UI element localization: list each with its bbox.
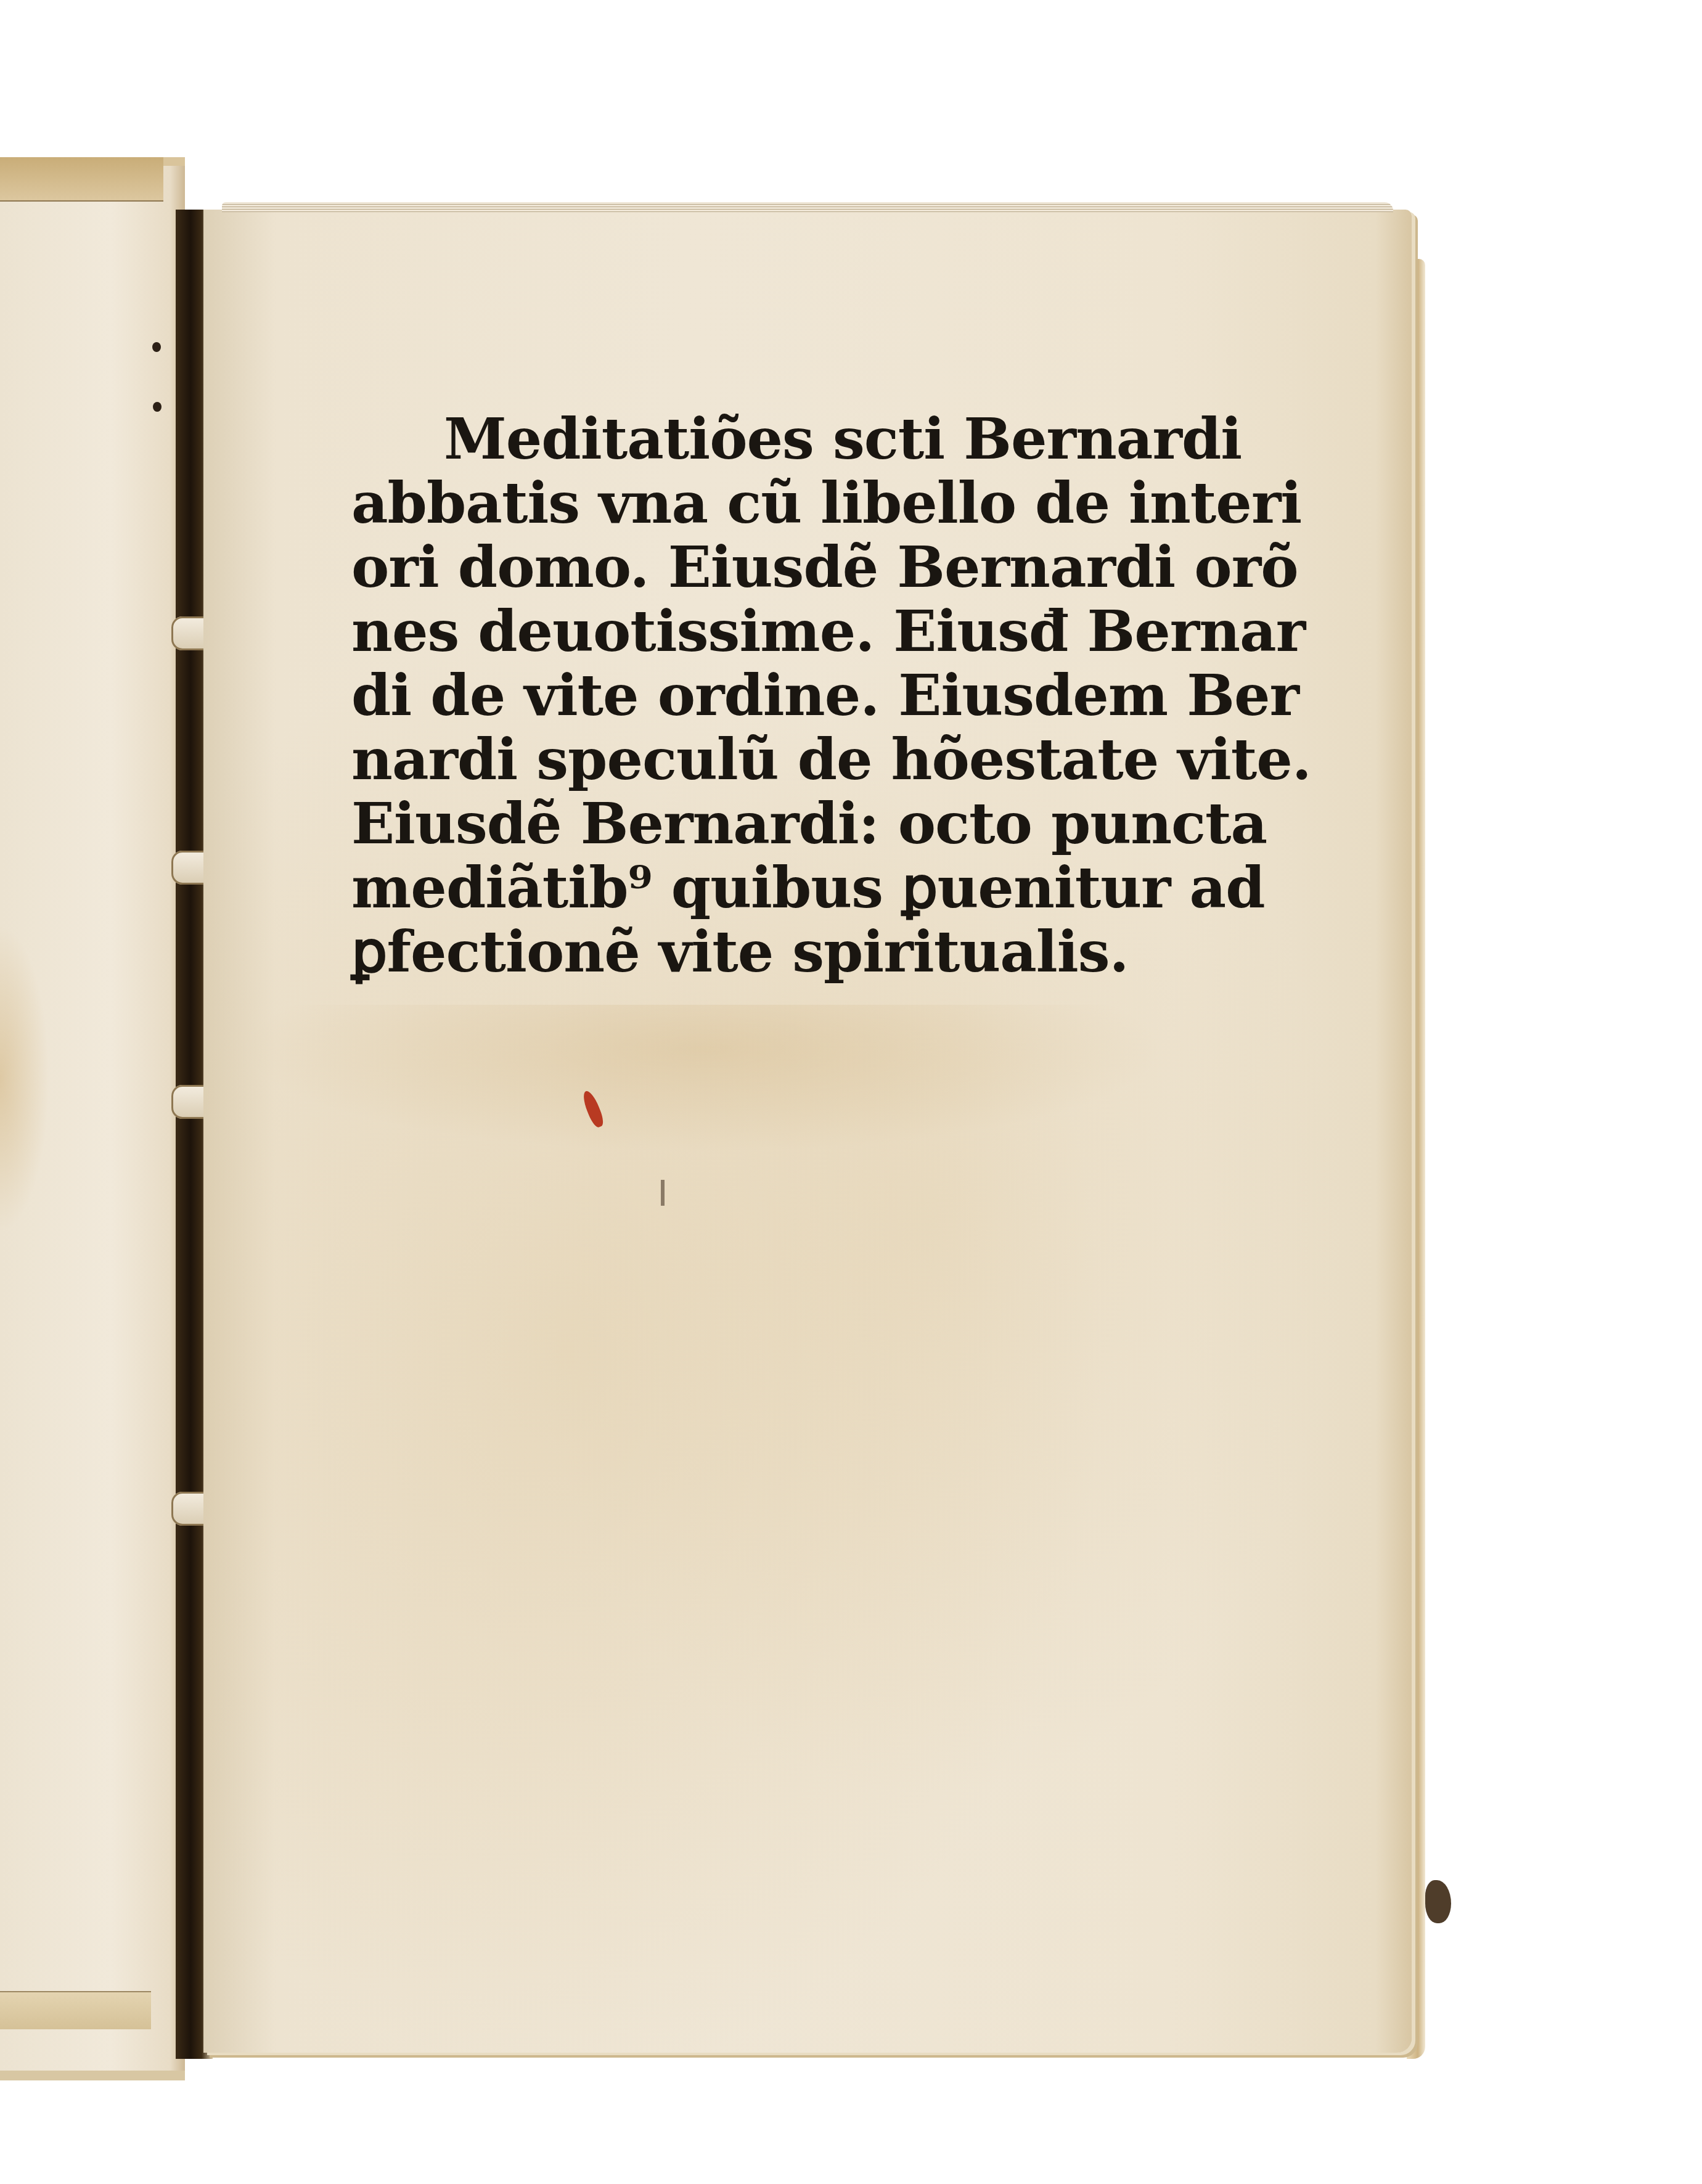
left-board-top-edge bbox=[0, 157, 163, 202]
title-line: ꝑfectionẽ vite spiritualis. bbox=[351, 920, 1177, 984]
wormhole bbox=[152, 342, 161, 352]
wormhole bbox=[153, 402, 162, 412]
title-text-block: Meditatiões scti Bernardi abbatis vna cũ… bbox=[351, 407, 1177, 984]
title-line: nes deuotissime. Eiusđ Bernar bbox=[351, 599, 1177, 663]
left-board-bottom-edge bbox=[0, 1991, 151, 2029]
dark-speck bbox=[661, 1180, 665, 1206]
title-line: di de vite ordine. Eiusdem Ber bbox=[351, 663, 1177, 727]
book-photograph: Meditatiões scti Bernardi abbatis vna cũ… bbox=[0, 0, 1702, 2184]
title-line: mediãtib⁹ quibus ꝑuenitur ad bbox=[351, 856, 1177, 920]
title-line: Meditatiões scti Bernardi bbox=[351, 407, 1177, 471]
title-line: abbatis vna cũ libello de interi bbox=[351, 471, 1177, 535]
left-board-stain bbox=[0, 925, 49, 1233]
tie-remnant bbox=[1425, 1880, 1451, 1923]
title-line: ori domo. Eiusdẽ Bernardi orõ bbox=[351, 535, 1177, 599]
title-line: nardi speculũ de hõestate vite. bbox=[351, 727, 1177, 791]
title-line: Eiusdẽ Bernardi: octo puncta bbox=[351, 791, 1177, 856]
text-block-top-edge bbox=[222, 202, 1393, 212]
water-stain bbox=[240, 1005, 1165, 1153]
